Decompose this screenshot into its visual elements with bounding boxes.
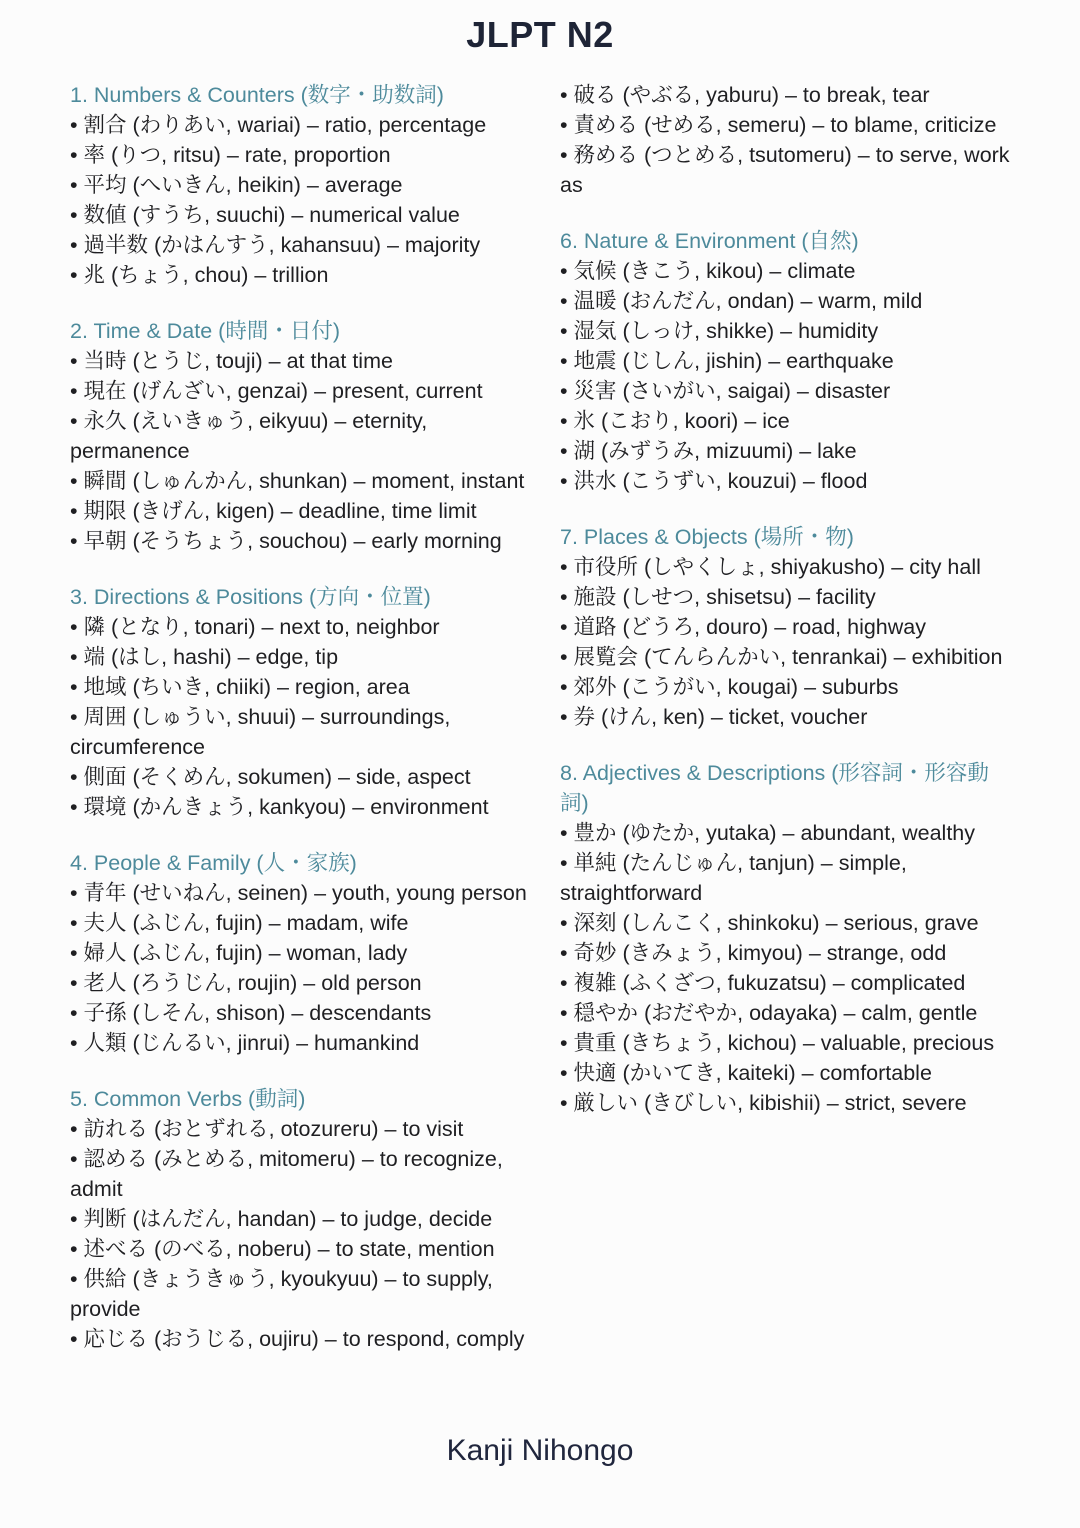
vocab-item: • 述べる (のべる, noberu) – to state, mention [70,1234,542,1264]
vocab-item: • 深刻 (しんこく, shinkoku) – serious, grave [560,908,1012,938]
vocab-item: • 地震 (じしん, jishin) – earthquake [560,346,1012,376]
vocab-item: • 展覧会 (てんらんかい, tenrankai) – exhibition [560,642,1012,672]
vocab-item: • 平均 (へいきん, heikin) – average [70,170,542,200]
vocab-item: • 当時 (とうじ, touji) – at that time [70,346,542,376]
vocab-section: 4. People & Family (人・家族)• 青年 (せいねん, sei… [70,848,542,1058]
vocab-item: • 券 (けん, ken) – ticket, voucher [560,702,1012,732]
vocab-item: • 快適 (かいてき, kaiteki) – comfortable [560,1058,1012,1088]
vocab-item: • 気候 (きこう, kikou) – climate [560,256,1012,286]
vocab-item: • 環境 (かんきょう, kankyou) – environment [70,792,542,822]
vocab-item: • 人類 (じんるい, jinrui) – humankind [70,1028,542,1058]
vocab-item: • 兆 (ちょう, chou) – trillion [70,260,542,290]
vocab-item: • 期限 (きげん, kigen) – deadline, time limit [70,496,542,526]
vocab-item: • 破る (やぶる, yaburu) – to break, tear [560,80,1012,110]
vocab-item: • 応じる (おうじる, oujiru) – to respond, compl… [70,1324,542,1354]
vocab-item: • 老人 (ろうじん, roujin) – old person [70,968,542,998]
vocab-item: • 端 (はし, hashi) – edge, tip [70,642,542,672]
document-page: JLPT N2 1. Numbers & Counters (数字・助数詞)• … [0,0,1080,1528]
vocab-item: • 青年 (せいねん, seinen) – youth, young perso… [70,878,542,908]
vocab-item: • 婦人 (ふじん, fujin) – woman, lady [70,938,542,968]
vocab-item: • 豊か (ゆたか, yutaka) – abundant, wealthy [560,818,1012,848]
vocab-item: • 率 (りつ, ritsu) – rate, proportion [70,140,542,170]
vocab-item: • 数値 (すうち, suuchi) – numerical value [70,200,542,230]
vocab-item: • 単純 (たんじゅん, tanjun) – simple, straightf… [560,848,1012,908]
section-heading: 8. Adjectives & Descriptions (形容詞・形容動詞) [560,758,1012,818]
vocab-item: • 務める (つとめる, tsutomeru) – to serve, work… [560,140,1012,200]
section-heading: 7. Places & Objects (場所・物) [560,522,1012,552]
vocab-item: • 郊外 (こうがい, kougai) – suburbs [560,672,1012,702]
vocab-section: 6. Nature & Environment (自然)• 気候 (きこう, k… [560,226,1012,496]
vocab-item: • 周囲 (しゅうい, shuui) – surroundings, circu… [70,702,542,762]
vocab-item: • 地域 (ちいき, chiiki) – region, area [70,672,542,702]
vocab-section: • 破る (やぶる, yaburu) – to break, tear• 責める… [560,80,1012,200]
vocab-item: • 認める (みとめる, mitomeru) – to recognize, a… [70,1144,542,1204]
vocab-item: • 割合 (わりあい, wariai) – ratio, percentage [70,110,542,140]
section-heading: 1. Numbers & Counters (数字・助数詞) [70,80,542,110]
page-title: JLPT N2 [0,0,1080,66]
two-column-layout: 1. Numbers & Counters (数字・助数詞)• 割合 (わりあい… [0,66,1080,1380]
vocab-item: • 洪水 (こうずい, kouzui) – flood [560,466,1012,496]
vocab-item: • 複雑 (ふくざつ, fukuzatsu) – complicated [560,968,1012,998]
right-column: • 破る (やぶる, yaburu) – to break, tear• 責める… [560,80,1012,1144]
vocab-item: • 温暖 (おんだん, ondan) – warm, mild [560,286,1012,316]
vocab-item: • 穏やか (おだやか, odayaka) – calm, gentle [560,998,1012,1028]
vocab-item: • 災害 (さいがい, saigai) – disaster [560,376,1012,406]
vocab-item: • 厳しい (きびしい, kibishii) – strict, severe [560,1088,1012,1118]
vocab-item: • 湿気 (しっけ, shikke) – humidity [560,316,1012,346]
left-column: 1. Numbers & Counters (数字・助数詞)• 割合 (わりあい… [70,80,542,1380]
vocab-item: • 奇妙 (きみょう, kimyou) – strange, odd [560,938,1012,968]
vocab-item: • 側面 (そくめん, sokumen) – side, aspect [70,762,542,792]
vocab-item: • 施設 (しせつ, shisetsu) – facility [560,582,1012,612]
footer-brand: Kanji Nihongo [0,1434,1080,1468]
vocab-item: • 隣 (となり, tonari) – next to, neighbor [70,612,542,642]
vocab-section: 3. Directions & Positions (方向・位置)• 隣 (とな… [70,582,542,822]
vocab-item: • 貴重 (きちょう, kichou) – valuable, precious [560,1028,1012,1058]
vocab-item: • 子孫 (しそん, shison) – descendants [70,998,542,1028]
vocab-item: • 判断 (はんだん, handan) – to judge, decide [70,1204,542,1234]
vocab-section: 2. Time & Date (時間・日付)• 当時 (とうじ, touji) … [70,316,542,556]
section-heading: 2. Time & Date (時間・日付) [70,316,542,346]
vocab-item: • 市役所 (しやくしょ, shiyakusho) – city hall [560,552,1012,582]
vocab-item: • 夫人 (ふじん, fujin) – madam, wife [70,908,542,938]
vocab-section: 5. Common Verbs (動詞)• 訪れる (おとずれる, otozur… [70,1084,542,1354]
vocab-item: • 氷 (こおり, koori) – ice [560,406,1012,436]
vocab-item: • 瞬間 (しゅんかん, shunkan) – moment, instant [70,466,542,496]
vocab-item: • 早朝 (そうちょう, souchou) – early morning [70,526,542,556]
vocab-section: 7. Places & Objects (場所・物)• 市役所 (しやくしょ, … [560,522,1012,732]
section-heading: 3. Directions & Positions (方向・位置) [70,582,542,612]
section-heading: 4. People & Family (人・家族) [70,848,542,878]
section-heading: 5. Common Verbs (動詞) [70,1084,542,1114]
vocab-item: • 道路 (どうろ, douro) – road, highway [560,612,1012,642]
vocab-section: 1. Numbers & Counters (数字・助数詞)• 割合 (わりあい… [70,80,542,290]
vocab-item: • 過半数 (かはんすう, kahansuu) – majority [70,230,542,260]
vocab-item: • 供給 (きょうきゅう, kyoukyuu) – to supply, pro… [70,1264,542,1324]
vocab-section: 8. Adjectives & Descriptions (形容詞・形容動詞)•… [560,758,1012,1118]
vocab-item: • 訪れる (おとずれる, otozureru) – to visit [70,1114,542,1144]
section-heading: 6. Nature & Environment (自然) [560,226,1012,256]
vocab-item: • 永久 (えいきゅう, eikyuu) – eternity, permane… [70,406,542,466]
vocab-item: • 現在 (げんざい, genzai) – present, current [70,376,542,406]
vocab-item: • 湖 (みずうみ, mizuumi) – lake [560,436,1012,466]
vocab-item: • 責める (せめる, semeru) – to blame, criticiz… [560,110,1012,140]
